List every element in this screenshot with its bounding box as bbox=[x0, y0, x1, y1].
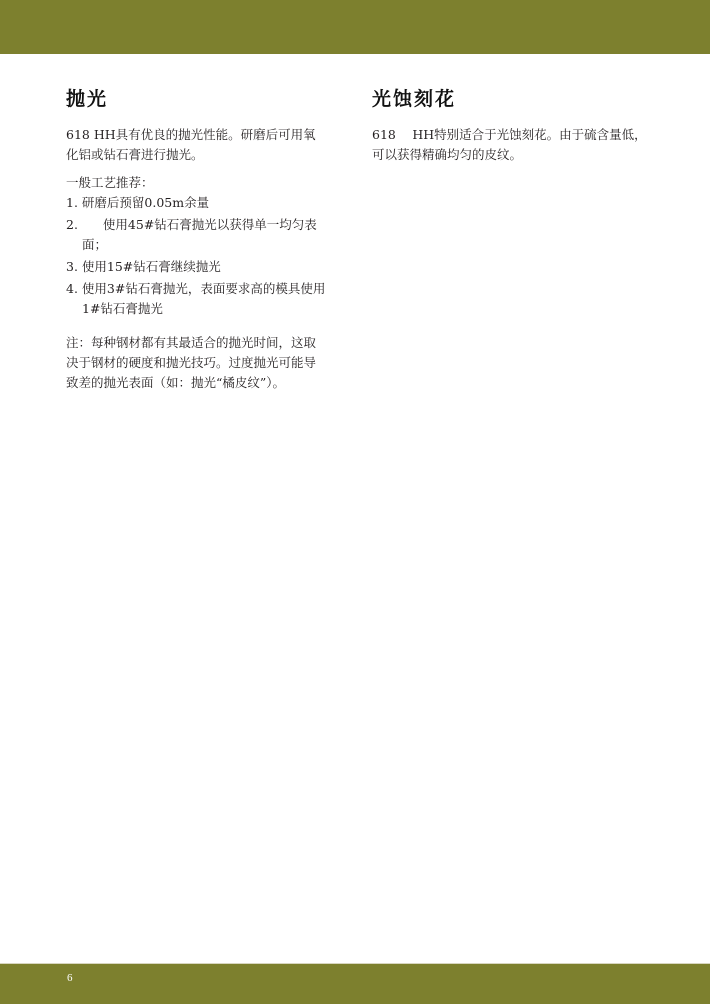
section-title-photo-etching: 光蚀刻花 bbox=[372, 84, 647, 111]
photo-etching-section: 光蚀刻花 618 HH特别适合于光蚀刻花。由于硫含量低，可以获得精确均匀的皮纹。 bbox=[372, 84, 647, 165]
header-band bbox=[0, 0, 710, 54]
section-title-polishing: 抛光 bbox=[66, 84, 328, 111]
step-item: 4. 使用3#钻石膏抛光，表面要求高的模具使用1#钻石膏抛光 bbox=[66, 279, 328, 319]
step-item: 2. 使用45#钻石膏抛光以获得单一均匀表面； bbox=[66, 215, 328, 255]
footer-band: 6 bbox=[0, 963, 710, 1004]
polishing-section: 抛光 618 HH具有优良的抛光性能。研磨后可用氧化铝或钻石膏进行抛光。 一般工… bbox=[66, 84, 328, 393]
step-item: 1. 研磨后预留0.05m余量 bbox=[66, 193, 328, 213]
process-heading: 一般工艺推荐： bbox=[66, 173, 328, 193]
process-steps: 1. 研磨后预留0.05m余量 2. 使用45#钻石膏抛光以获得单一均匀表面； … bbox=[66, 193, 328, 319]
step-item: 3. 使用15#钻石膏继续抛光 bbox=[66, 257, 328, 277]
polishing-intro: 618 HH具有优良的抛光性能。研磨后可用氧化铝或钻石膏进行抛光。 bbox=[66, 125, 328, 165]
polishing-note: 注：每种钢材都有其最适合的抛光时间，这取决于钢材的硬度和抛光技巧。过度抛光可能导… bbox=[66, 333, 328, 393]
photo-etching-body: 618 HH特别适合于光蚀刻花。由于硫含量低，可以获得精确均匀的皮纹。 bbox=[372, 125, 647, 165]
page-number: 6 bbox=[67, 972, 73, 984]
